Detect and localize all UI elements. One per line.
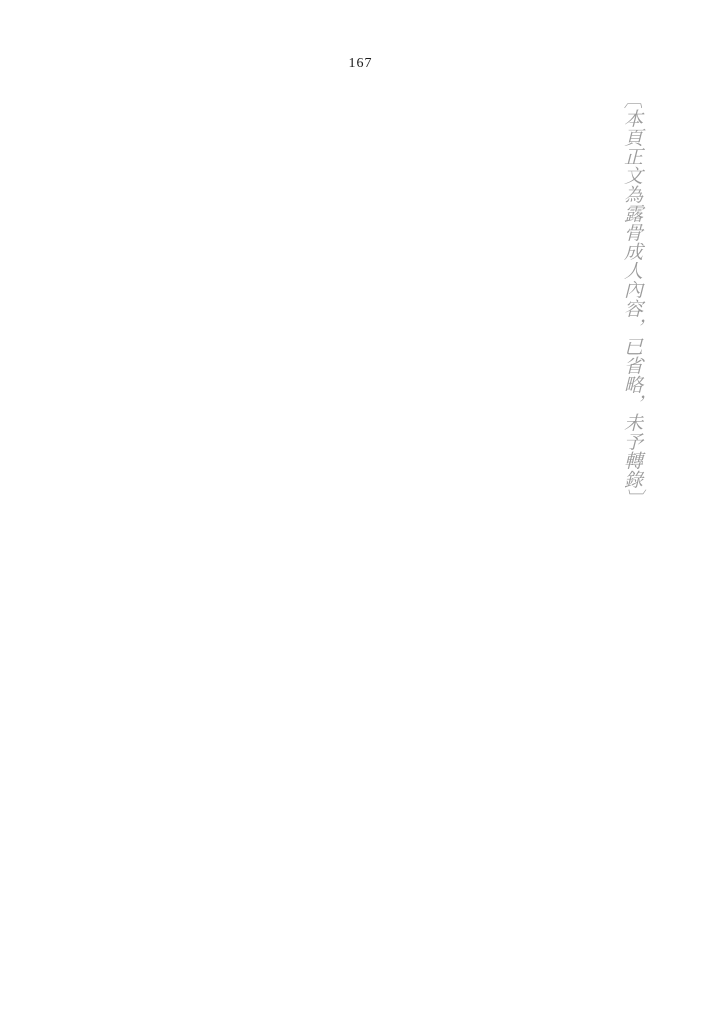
- page-number: 167: [0, 56, 721, 72]
- body-text-redacted: 〔本頁正文為露骨成人內容，已省略，未予轉錄〕: [70, 90, 651, 980]
- book-page: 167 〔本頁正文為露骨成人內容，已省略，未予轉錄〕: [0, 0, 721, 1020]
